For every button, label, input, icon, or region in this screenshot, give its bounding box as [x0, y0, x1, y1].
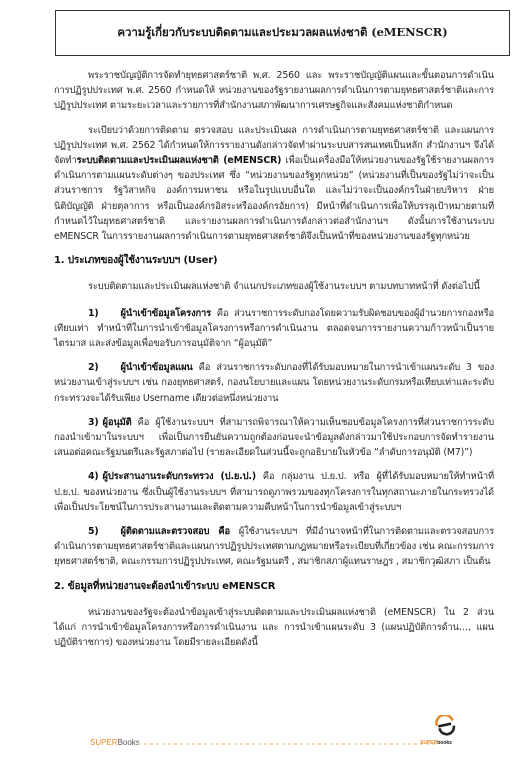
footer-dotted-divider	[138, 743, 438, 745]
list-item-project-importer: 1)ผู้นำเข้าข้อมูลโครงการ คือ ส่วนราชการร…	[54, 306, 494, 352]
item-term: ผู้นำเข้าข้อมูลโครงการ	[121, 308, 212, 319]
item-term: ผู้ติดตามและตรวจสอบ คือ	[121, 526, 230, 537]
section-heading-user-types: 1. ประเภทของผู้ใช้งานระบบฯ (User)	[54, 253, 494, 268]
list-item-monitor-auditor: 5)ผู้ติดตามและตรวจสอบ คือ ผู้ใช้งานระบบฯ…	[54, 524, 494, 570]
paragraph-intro-2: ระเบียบว่าด้วยการติดตาม ตรวจสอบ และประเม…	[54, 123, 494, 245]
document-body: พระราชบัญญัติการจัดทำยุทธศาสตร์ชาติ พ.ศ.…	[54, 68, 494, 660]
system-name-bold: ระบบติดตามและประเมินผลแห่งชาติ (eMENSCR)	[77, 155, 282, 166]
section1-intro: ระบบติดตามและประเมินผลแห่งชาติ จำแนกประเ…	[54, 279, 494, 294]
superbooks-logo-icon	[433, 715, 459, 739]
item-number: 5)	[88, 526, 99, 537]
section-heading-data-to-import: 2. ข้อมูลที่หน่วยงานจะต้องนำเข้าระบบ eME…	[54, 579, 494, 594]
section2-text: หน่วยงานของรัฐจะต้องนำข้อมูลเข้าสู่ระบบต…	[54, 605, 494, 651]
footer-brand: SUPERBooks	[90, 738, 140, 747]
page-footer: SUPERBooks SUPERbooks	[90, 735, 480, 755]
brand-books: Books	[118, 738, 140, 747]
title-box: ความรู้เกี่ยวกับระบบติดตามและประมวลผลแห่…	[55, 10, 510, 56]
list-item-approver: 3)ผู้อนุมัติ คือ ผู้ใช้งานระบบฯ ที่สามาร…	[54, 415, 494, 461]
item-term: ผู้นำเข้าข้อมูลแผน	[121, 362, 193, 373]
page-title: ความรู้เกี่ยวกับระบบติดตามและประมวลผลแห่…	[117, 24, 447, 42]
logo-books: books	[437, 740, 452, 746]
item-number: 2)	[88, 362, 99, 373]
item-number: 4)	[88, 471, 99, 482]
item-number: 1)	[88, 308, 99, 319]
footer-logo-text: SUPERbooks	[420, 740, 452, 746]
list-item-ministry-coordinator: 4)ผู้ประสานงานระดับกระทรวง (ป.ย.ป.) คือ …	[54, 469, 494, 515]
brand-super: SUPER	[90, 738, 118, 747]
item-term: ผู้อนุมัติ	[103, 417, 132, 428]
item-number: 3)	[88, 417, 99, 428]
logo-super: SUPER	[420, 740, 437, 746]
list-item-plan-importer: 2)ผู้นำเข้าข้อมูลแผน คือ ส่วนราชการระดับ…	[54, 360, 494, 406]
item-term: ผู้ประสานงานระดับกระทรวง (ป.ย.ป.)	[103, 471, 256, 482]
paragraph-intro-1: พระราชบัญญัติการจัดทำยุทธศาสตร์ชาติ พ.ศ.…	[54, 68, 494, 114]
paragraph-text: เพื่อเป็นเครื่องมือให้หน่วยงานของรัฐใช้ร…	[54, 155, 494, 242]
